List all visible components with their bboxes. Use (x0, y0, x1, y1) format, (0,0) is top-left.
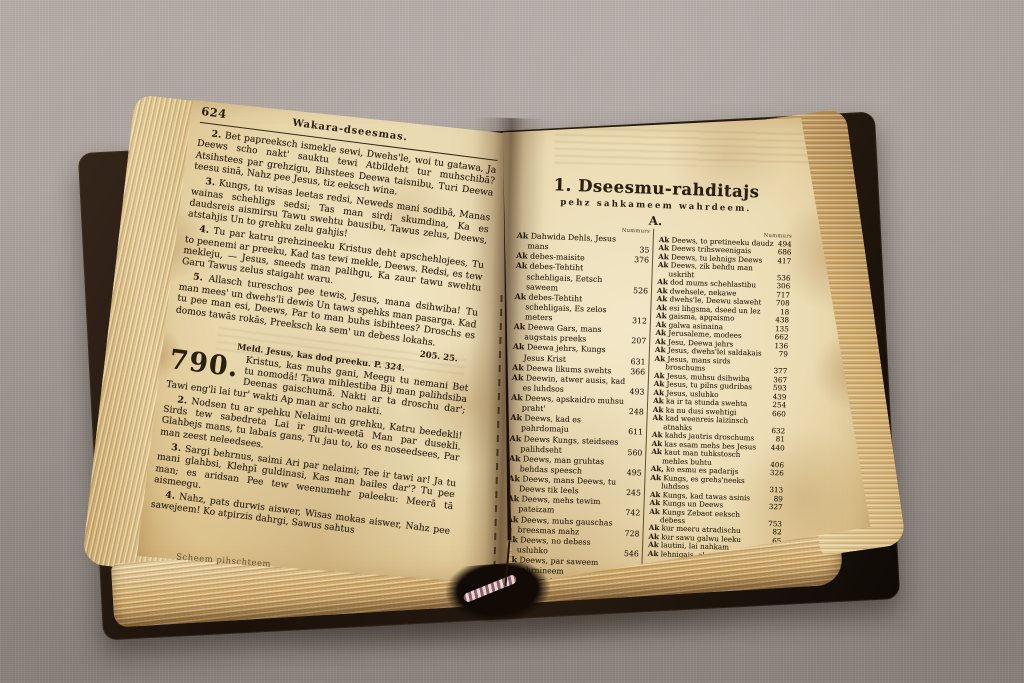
index-entry: Ak debes-Tehtiht schehligais, Eetsch saw… (515, 261, 649, 296)
right-page-showthrough (555, 124, 816, 169)
page-number: 624 (200, 104, 227, 121)
left-page-paragraphs: 2. Bet papreeksch ismekle sewi, Dwehs'le… (175, 127, 497, 354)
left-page-content: 624 Wakara-dseesmas. 2. Bet papreeksch i… (150, 106, 500, 551)
song-790: 790. Kristus, kas muhs gani, Meegu tu ne… (150, 345, 469, 549)
index-title-number: 1. (553, 175, 572, 195)
photo-open-hymnal-book: 624 Wakara-dseesmas. 2. Bet papreeksch i… (0, 0, 1024, 683)
spine-bottom-notch (444, 560, 552, 625)
index-entry: Ak debes-Tehtiht schehligais, Es zelos m… (514, 292, 648, 327)
index-title-text: Dseesmu-rahditajs (578, 176, 760, 201)
left-page: 624 Wakara-dseesmas. 2. Bet papreeksch i… (128, 93, 515, 593)
song-number: 790. (168, 347, 240, 381)
